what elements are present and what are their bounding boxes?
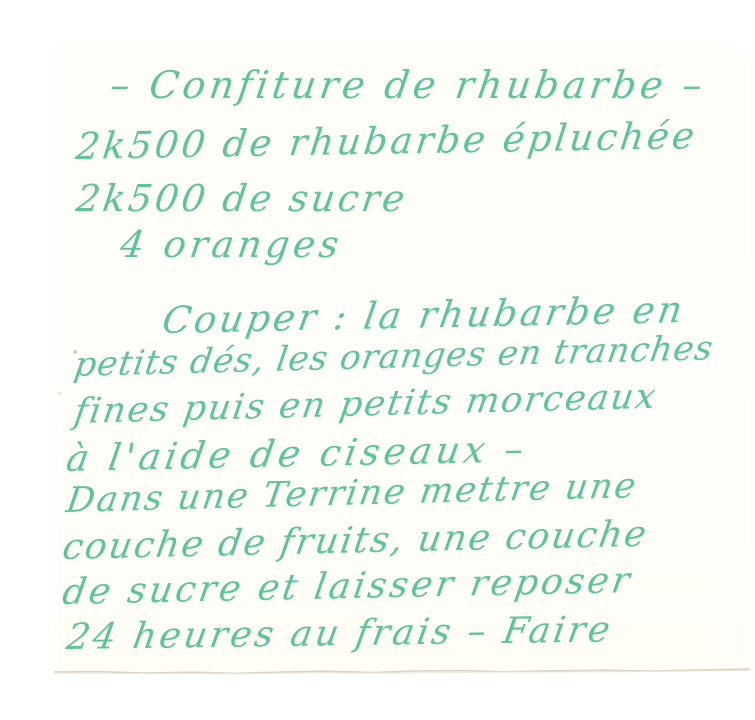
recipe-title: – Confiture de rhubarbe – (108, 66, 709, 104)
ingredient-line: 4 oranges (118, 226, 345, 263)
ink-speck (58, 392, 61, 395)
torn-bottom-edge (54, 667, 750, 675)
ingredient-line: 2k500 de rhubarbe épluchée (74, 117, 699, 165)
instruction-line: 24 heures au frais – Faire (64, 612, 615, 656)
ingredient-line: 2k500 de sucre (74, 180, 410, 217)
scanned-page: – Confiture de rhubarbe – 2k500 de rhuba… (0, 0, 755, 720)
